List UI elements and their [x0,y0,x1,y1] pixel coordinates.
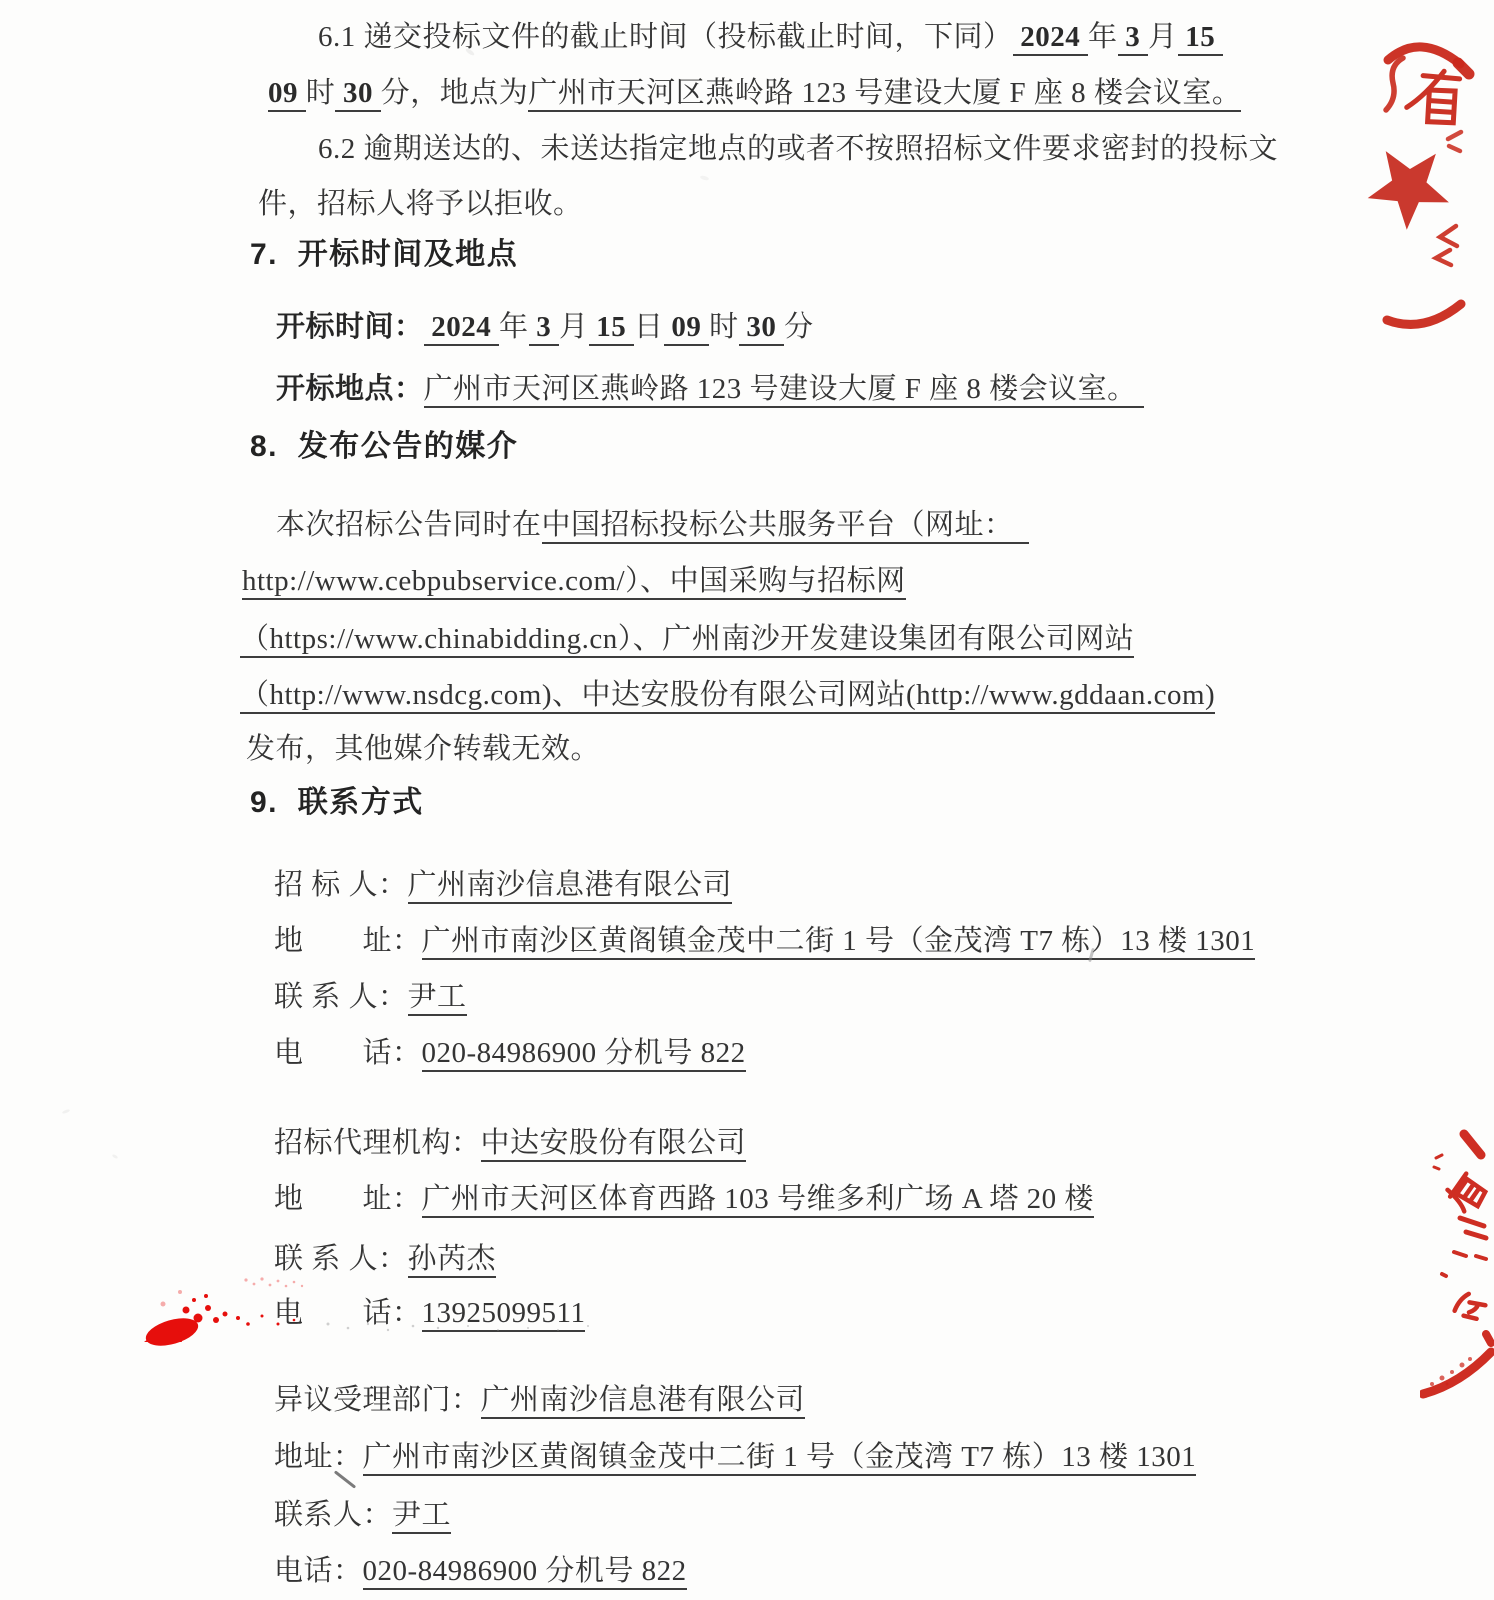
tenderer-name: 招 标 人：广州南沙信息港有限公司 [274,866,732,904]
seal-character-stroke [1386,58,1403,110]
clause-6-2-line-1-segment-0: 6.2 逾期送达的、未送达指定地点的或者不按照招标文件要求密封的投标文 [318,133,1278,165]
media-line-2-segment-0: http://www.cebpubservice.com/）、中国采购与招标网 [242,565,906,600]
scan-speck [905,1446,910,1451]
tenderer-name-segment-1: 广州南沙信息港有限公司 [408,869,733,904]
tenderer-phone-segment-1: 020-84986900 分机号 822 [422,1037,746,1072]
agency-phone: 电 话：13925099511 [274,1294,585,1332]
media-line-3-segment-0: （https://www.chinabidding.cn）、广州南沙开发建设集团… [240,623,1134,658]
clause-6-1-line-2-segment-3: 分 [381,77,411,109]
bid-opening-time-segment-3: 3 [529,311,560,346]
agency-name-segment-1: 中达安股份有限公司 [481,1127,747,1162]
agency-contact-segment-1: 孙芮杰 [408,1243,497,1278]
bid-opening-time: 开标时间： 2024 年 3 月 15 日 09 时 30 分 [276,308,814,346]
clause-6-1-line-1-segment-5: 15 [1178,21,1224,56]
clause-6-1-line-2-segment-4: ，地点为 [410,77,528,109]
clause-6-2-line-1: 6.2 逾期送达的、未送达指定地点的或者不按照招标文件要求密封的投标文 [318,130,1278,168]
objection-phone: 电话：020-84986900 分机号 822 [274,1552,687,1590]
media-line-2: http://www.cebpubservice.com/）、中国采购与招标网 [242,562,906,600]
agency-name: 招标代理机构：中达安股份有限公司 [274,1124,746,1162]
objection-dept-segment-1: 广州南沙信息港有限公司 [481,1384,806,1419]
bid-opening-place-segment-1: 广州市天河区燕岭路 123 号建设大厦 F 座 8 楼会议室。 [424,373,1145,408]
media-line-1: 本次招标公告同时在中国招标投标公共服务平台（网址： [276,506,1029,544]
media-line-4: （http://www.nsdcg.com)、中达安股份有限公司网站(http:… [240,676,1215,714]
seal-bottom-rim-arc [1423,1352,1491,1394]
red-seal-edge-fragment [1420,1122,1494,1412]
seal-character-strokes [1443,1170,1489,1216]
clause-6-1-line-1-segment-3: 3 [1118,21,1149,56]
agency-phone-segment-1: 13925099511 [422,1297,586,1332]
seal-top-rim-arc [1388,47,1460,64]
scanned-document-page: 6.1 递交投标文件的截止时间（投标截止时间，下同） 2024 年 3 月 15… [0,0,1494,1600]
objection-dept: 异议受理部门：广州南沙信息港有限公司 [274,1381,805,1419]
bid-opening-time-segment-8: 时 [709,311,739,343]
bid-opening-time-segment-0: 开标时间： [276,311,424,343]
objection-address-segment-0: 地址： [274,1441,363,1473]
agency-name-segment-0: 招标代理机构： [274,1127,481,1159]
objection-contact-segment-0: 联系人： [274,1499,392,1531]
tenderer-phone-segment-0: 电 话： [274,1037,422,1069]
section-9-heading: 9. 联系方式 [250,784,424,822]
section-7-heading: 7. 开标时间及地点 [250,236,518,274]
media-line-5: 发布，其他媒介转载无效。 [246,730,600,768]
agency-address-segment-1: 广州市天河区体育西路 103 号维多利广场 A 塔 20 楼 [422,1183,1094,1218]
clause-6-1-line-1-segment-0: 6.1 递交投标文件的截止时间（投标截止时间，下同） [318,21,1013,53]
tenderer-address-segment-0: 地 址： [274,925,422,957]
agency-address-segment-0: 地 址： [274,1183,422,1215]
tenderer-phone: 电 话：020-84986900 分机号 822 [274,1034,746,1072]
agency-contact-segment-0: 联 系 人： [274,1243,408,1275]
media-line-3: （https://www.chinabidding.cn）、广州南沙开发建设集团… [240,620,1134,658]
clause-6-2-line-2-segment-0: 件，招标人将予以拒收。 [258,188,583,220]
bid-opening-time-segment-9: 30 [739,311,785,346]
bid-opening-place-segment-0: 开标地点： [276,373,424,405]
red-circular-seal-fragment [1348,22,1494,342]
agency-phone-segment-0: 电 话： [274,1297,422,1329]
clause-6-2-line-2: 件，招标人将予以拒收。 [258,185,583,223]
objection-phone-segment-1: 020-84986900 分机号 822 [363,1555,687,1590]
bid-opening-time-segment-10: 分 [784,311,814,343]
objection-phone-segment-0: 电话： [274,1555,363,1587]
bid-opening-place: 开标地点：广州市天河区燕岭路 123 号建设大厦 F 座 8 楼会议室。 [276,370,1144,408]
bid-opening-time-segment-6: 日 [634,311,664,343]
bid-opening-time-segment-5: 15 [589,311,635,346]
objection-address: 地址：广州市南沙区黄阁镇金茂中二街 1 号（金茂湾 T7 栋）13 楼 1301 [274,1438,1196,1476]
clause-6-1-line-2-segment-1: 时 [306,77,336,109]
clause-6-1-line-2: 09 时 30 分，地点为广州市天河区燕岭路 123 号建设大厦 F 座 8 楼… [268,74,1241,112]
media-line-5-segment-0: 发布，其他媒介转载无效。 [246,733,600,765]
bid-opening-time-segment-7: 09 [664,311,710,346]
section-7-heading-segment-0: 7. 开标时间及地点 [250,238,518,271]
tenderer-contact-segment-1: 尹工 [408,981,467,1016]
agency-address: 地 址：广州市天河区体育西路 103 号维多利广场 A 塔 20 楼 [274,1180,1094,1218]
seal-star-icon [1357,139,1453,238]
clause-6-1-line-1-segment-2: 年 [1088,21,1118,53]
tenderer-name-segment-0: 招 标 人： [274,869,408,901]
clause-6-1-line-1-segment-1: 2024 [1013,21,1089,56]
scan-speck [700,175,710,181]
section-8-heading-segment-0: 8. 发布公告的媒介 [250,430,518,463]
bid-opening-time-segment-4: 月 [559,311,589,343]
tenderer-address-segment-1: 广州市南沙区黄阁镇金茂中二街 1 号（金茂湾 T7 栋）13 楼 1301 [422,925,1256,960]
media-line-1-segment-1: 中国招标投标公共服务平台（网址： [542,509,1029,544]
clause-6-1-line-2-segment-5: 广州市天河区燕岭路 123 号建设大厦 F 座 8 楼会议室。 [528,77,1241,112]
seal-character-you [1405,64,1467,128]
bid-opening-time-segment-2: 年 [499,311,529,343]
objection-dept-segment-0: 异议受理部门： [274,1384,481,1416]
clause-6-1-line-2-segment-2: 30 [335,77,381,112]
seal-bottom-rim-arc [1387,304,1461,324]
clause-6-1-line-2-segment-0: 09 [268,77,306,112]
tenderer-address: 地 址：广州市南沙区黄阁镇金茂中二街 1 号（金茂湾 T7 栋）13 楼 130… [274,922,1255,960]
media-line-1-segment-0: 本次招标公告同时在 [276,509,542,541]
section-8-heading: 8. 发布公告的媒介 [250,428,518,466]
agency-contact: 联 系 人：孙芮杰 [274,1240,496,1278]
tenderer-contact: 联 系 人：尹工 [274,978,467,1016]
scan-speck [112,1154,119,1160]
clause-6-1-line-1: 6.1 递交投标文件的截止时间（投标截止时间，下同） 2024 年 3 月 15 [318,18,1223,56]
media-line-4-segment-0: （http://www.nsdcg.com)、中达安股份有限公司网站(http:… [240,679,1215,714]
clause-6-1-line-1-segment-4: 月 [1148,21,1178,53]
tenderer-contact-segment-0: 联 系 人： [274,981,408,1013]
objection-contact-segment-1: 尹工 [392,1499,451,1534]
bid-opening-time-segment-1: 2024 [424,311,500,346]
seal-number-dots [1430,1357,1472,1386]
scan-speck [62,1109,71,1115]
objection-address-segment-1: 广州市南沙区黄阁镇金茂中二街 1 号（金茂湾 T7 栋）13 楼 1301 [363,1441,1197,1476]
section-9-heading-segment-0: 9. 联系方式 [250,786,424,819]
objection-contact: 联系人：尹工 [274,1496,451,1534]
